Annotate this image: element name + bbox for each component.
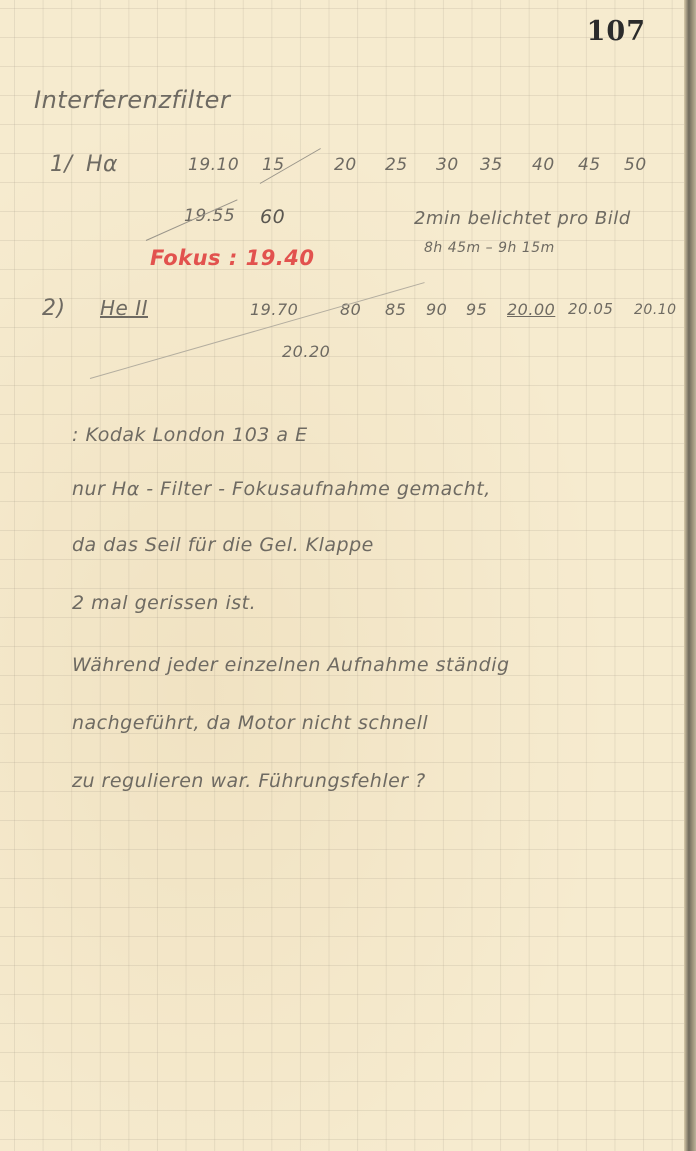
note-line: Während jeder einzelnen Aufnahme ständig: [72, 654, 510, 676]
entry-1-time: 20: [334, 155, 357, 175]
notebook-binding: [684, 0, 696, 1151]
entry-2-time: 20.10: [634, 302, 677, 318]
focus-note: Fokus : 19.40: [150, 246, 315, 270]
note-line: nachgeführt, da Motor nicht schnell: [72, 712, 428, 734]
exposure-note: 2min belichtet pro Bild: [414, 208, 631, 229]
note-line: zu regulieren war. Führungsfehler ?: [72, 770, 426, 792]
timespan-note: 8h 45m – 9h 15m: [424, 240, 555, 256]
page-heading: Interferenzfilter: [34, 86, 230, 114]
note-line: 2 mal gerissen ist.: [72, 592, 256, 614]
entry-1-time: 30: [436, 155, 459, 175]
entry-2-time: 95: [466, 300, 487, 319]
entry-1-time: 15: [262, 155, 285, 175]
note-line: : Kodak London 103 a E: [72, 424, 308, 446]
notebook-page: 107 Interferenzfilter 1/ Hα 19.10 15 20 …: [0, 0, 684, 1151]
entry-1-line: Hα: [86, 152, 118, 177]
entry-1-time: 45: [578, 155, 601, 175]
page-number: 107: [587, 16, 646, 47]
entry-1-label: 1/: [50, 152, 72, 177]
entry-2-time: 20.05: [568, 300, 613, 318]
note-line: nur Hα - Filter - Fokusaufnahme gemacht,: [72, 478, 491, 500]
entry-2-time: 20.20: [282, 342, 330, 361]
entry-2-line: He II: [100, 296, 148, 320]
entry-2-time: 20.00: [507, 300, 555, 319]
entry-1-time: 60: [260, 206, 285, 228]
entry-1-time: 40: [532, 155, 555, 175]
entry-2-label: 2): [42, 296, 66, 321]
entry-1-time: 35: [480, 155, 503, 175]
entry-1-time: 25: [385, 155, 408, 175]
entry-2-time: 19.70: [250, 300, 298, 319]
entry-2-time: 90: [426, 300, 447, 319]
entry-1-time: 19.55: [184, 206, 235, 226]
entry-2-time: 85: [385, 300, 406, 319]
entry-1-time: 19.10: [188, 155, 239, 175]
entry-1-time: 50: [624, 155, 647, 175]
note-line: da das Seil für die Gel. Klappe: [72, 534, 374, 556]
